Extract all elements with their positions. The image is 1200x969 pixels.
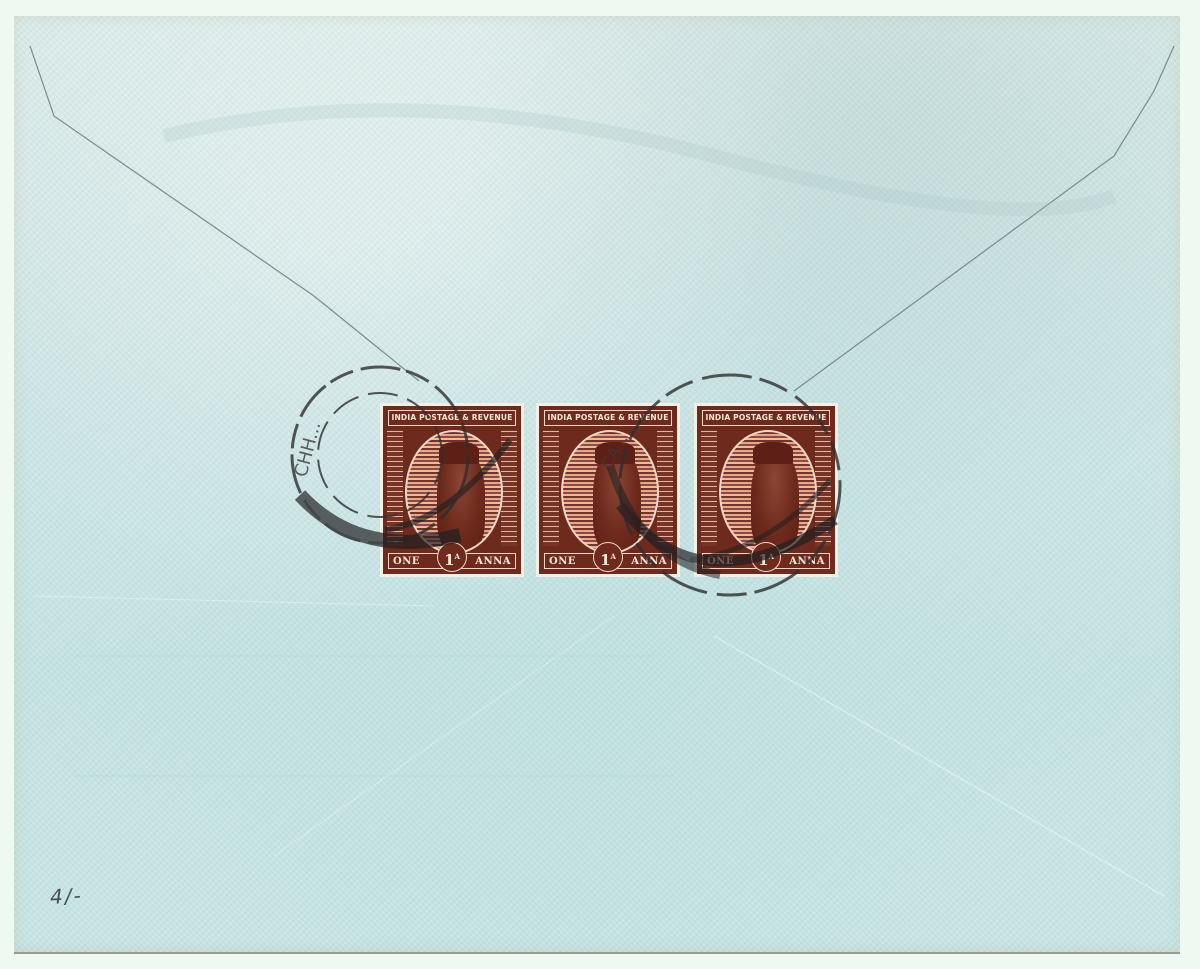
stamp-design: INDIA POSTAGE & REVENUE ONE ANNA 1A [697, 406, 835, 574]
crown-icon [753, 442, 793, 464]
stamp-strip: INDIA POSTAGE & REVENUE ONE ANNA 1A INDI… [380, 403, 852, 581]
stamp-left-word: ONE [707, 556, 734, 567]
stamp-pillar [387, 430, 403, 546]
envelope-scan: INDIA POSTAGE & REVENUE ONE ANNA 1A INDI… [0, 0, 1200, 969]
stamp-right-word: ANNA [789, 556, 825, 567]
stamp-portrait-oval [405, 430, 503, 554]
stamp-top-label: INDIA POSTAGE & REVENUE [388, 410, 516, 426]
stamp-design: INDIA POSTAGE & REVENUE ONE ANNA 1A [383, 406, 521, 574]
stamp: INDIA POSTAGE & REVENUE ONE ANNA 1A [694, 403, 838, 577]
crown-icon [439, 442, 479, 464]
crown-icon [595, 442, 635, 464]
pencil-price-note: 4/- [49, 883, 83, 909]
stamp-top-label: INDIA POSTAGE & REVENUE [544, 410, 672, 426]
stamp-design: INDIA POSTAGE & REVENUE ONE ANNA 1A [539, 406, 677, 574]
stamp-value: 1A [593, 542, 623, 572]
stamp-left-word: ONE [549, 556, 576, 567]
stamp-top-label: INDIA POSTAGE & REVENUE [702, 410, 830, 426]
stamp-pillar [501, 430, 517, 546]
stamp-left-word: ONE [393, 556, 420, 567]
stamp-pillar [657, 430, 673, 546]
stamp: INDIA POSTAGE & REVENUE ONE ANNA 1A [536, 403, 680, 577]
stamp-value: 1A [751, 542, 781, 572]
stamp-pillar [543, 430, 559, 546]
stamp-value: 1A [437, 542, 467, 572]
stamp: INDIA POSTAGE & REVENUE ONE ANNA 1A [380, 403, 524, 577]
stamp-right-word: ANNA [631, 556, 667, 567]
stamp-portrait-oval [719, 430, 817, 554]
stamp-pillar [815, 430, 831, 546]
stamp-pillar [701, 430, 717, 546]
stamp-right-word: ANNA [475, 556, 511, 567]
stamp-portrait-oval [561, 430, 659, 554]
